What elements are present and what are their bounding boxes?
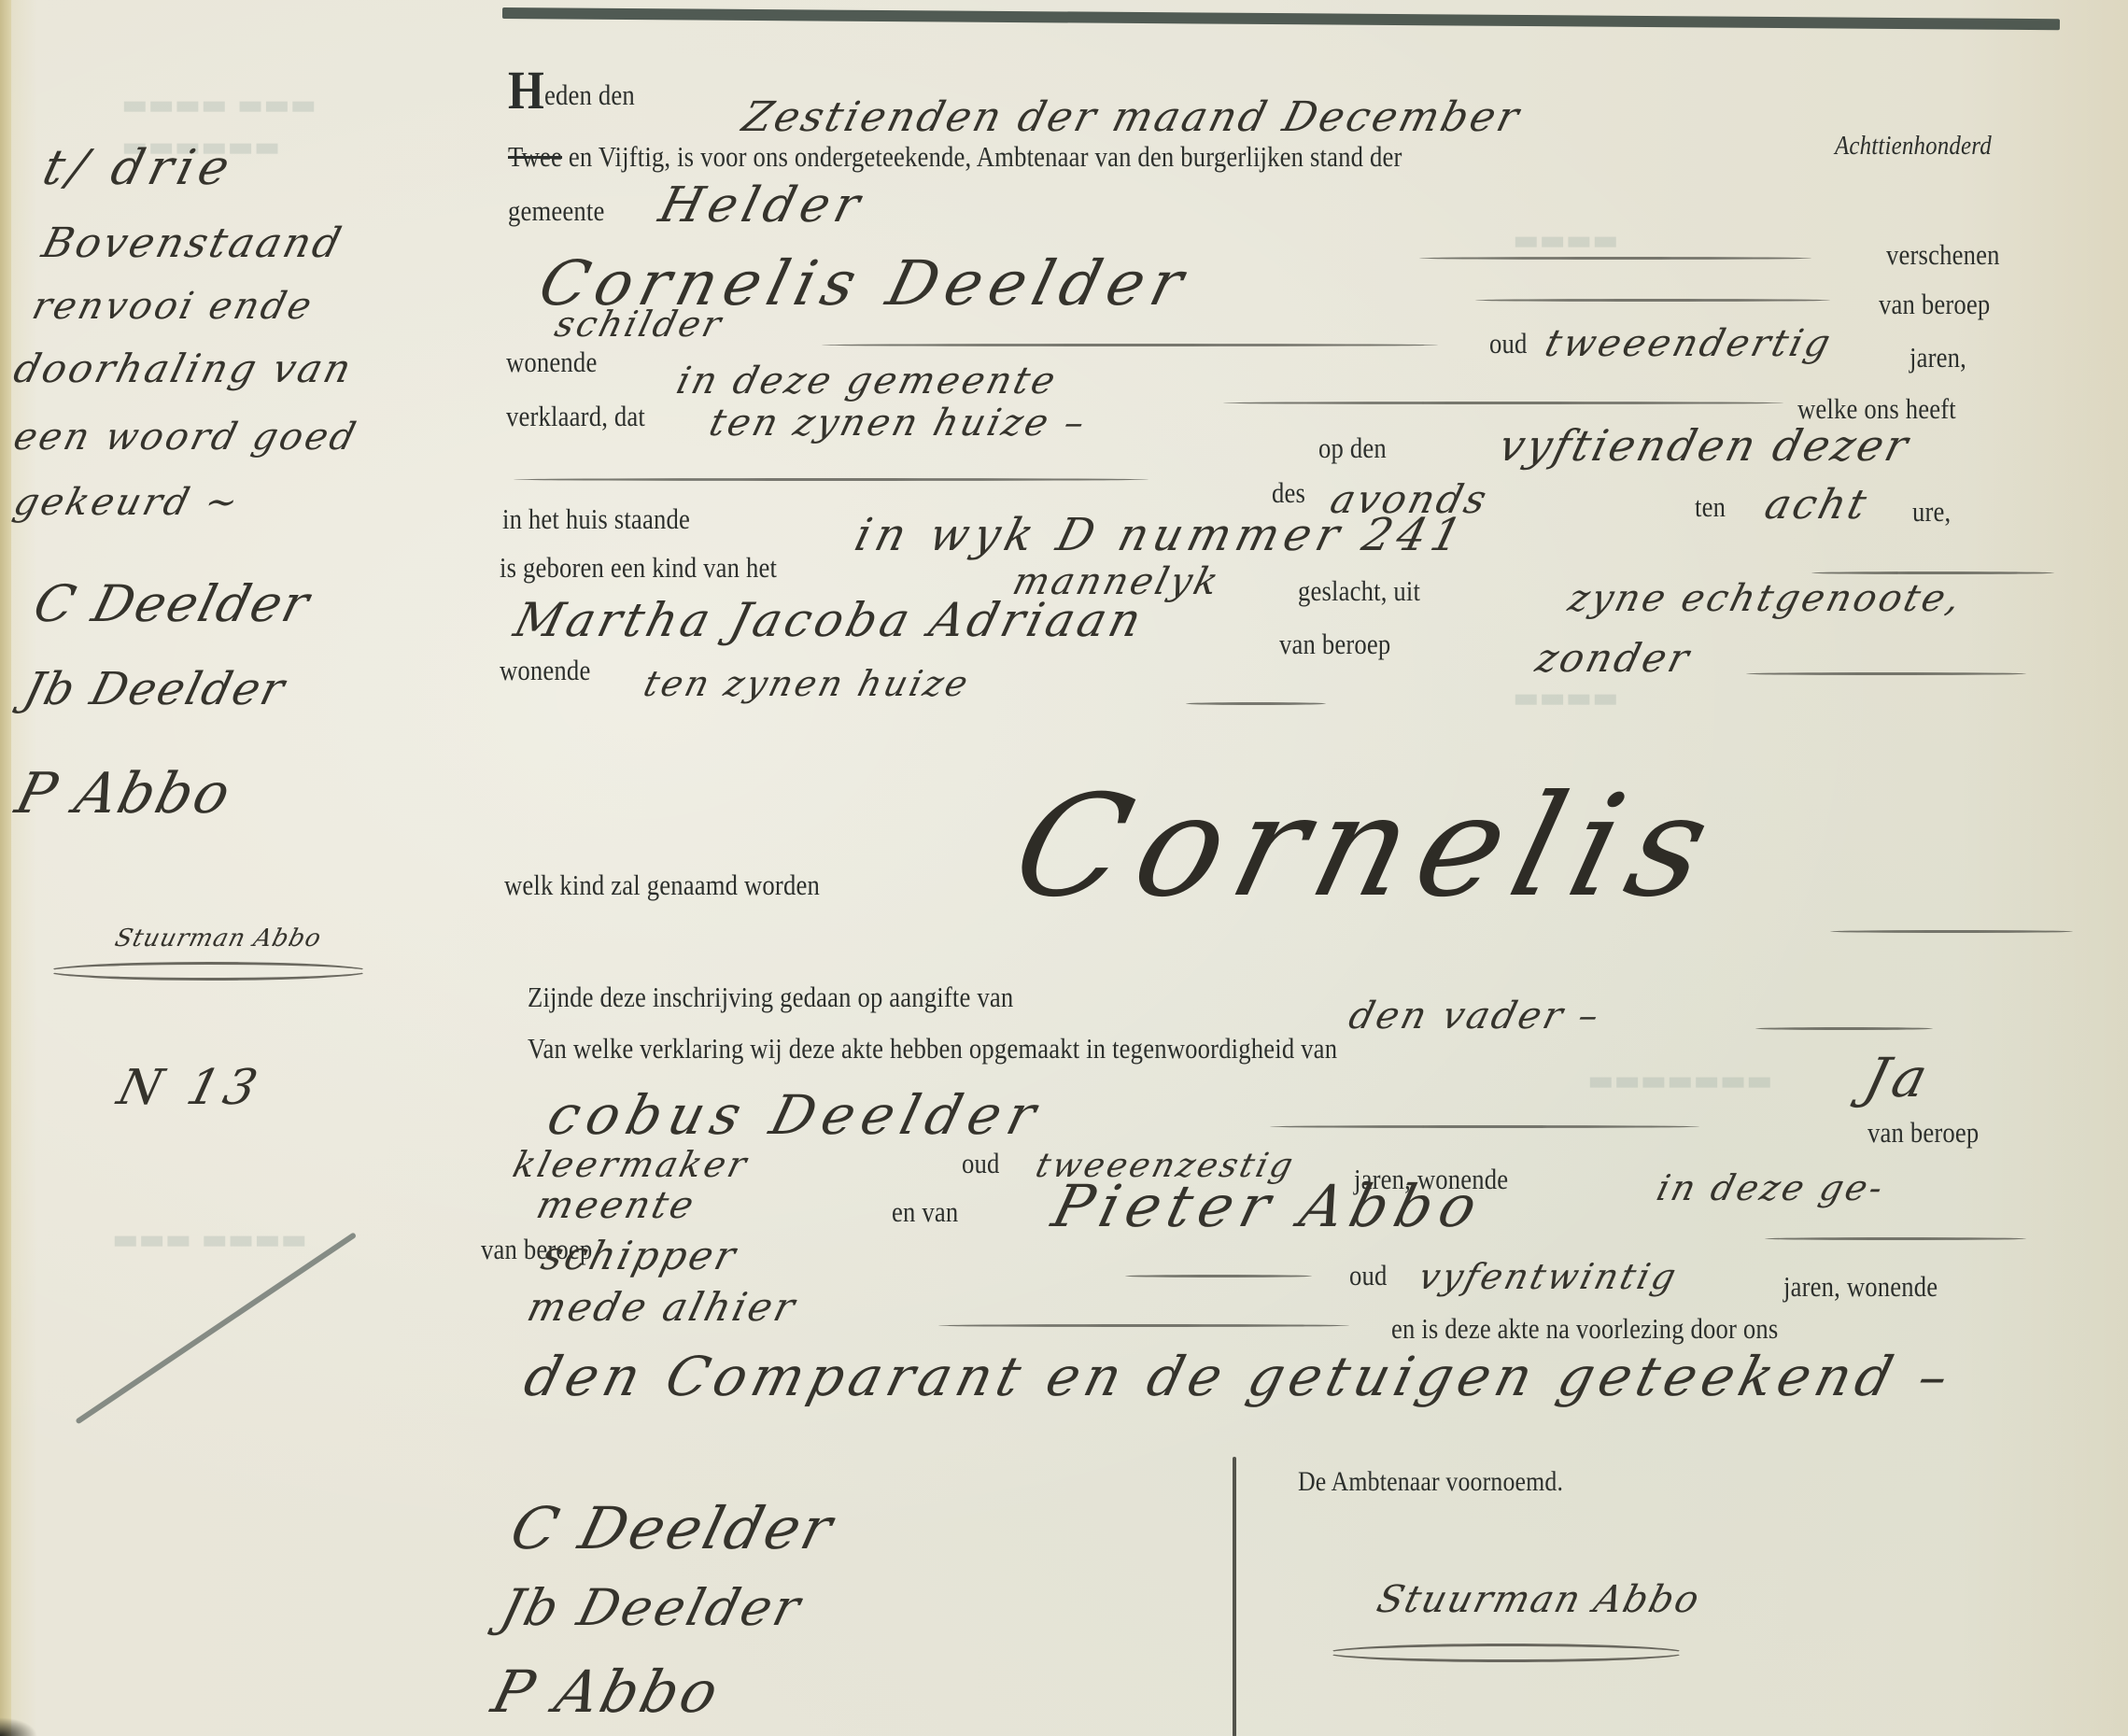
printed-text: van beroep	[1867, 1116, 1979, 1150]
printed-text: Heden den	[508, 64, 635, 118]
printed-text: Zijnde deze inschrijving gedaan op aangi…	[528, 981, 1013, 1014]
handwritten-municipality: Helder	[654, 177, 871, 233]
handwritten-place: ten zynen huize –	[705, 402, 1092, 445]
handwritten-witness2-name: Pieter Abbo	[1046, 1172, 1491, 1240]
handwritten-informant: den vader –	[1345, 995, 1606, 1037]
printed-text: wonende	[500, 654, 590, 687]
signature: C Deelder	[28, 574, 317, 633]
handwritten-witness1-start: Ja	[1858, 1046, 1939, 1109]
handwritten-child-name: Cornelis	[999, 766, 1737, 928]
margin-note-line: renvooi ende	[28, 285, 318, 328]
handwritten-witness1-occupation: kleermaker	[509, 1144, 754, 1185]
drop-cap: H	[508, 60, 544, 120]
printed-text: Van welke verklaring wij deze akte hebbe…	[528, 1032, 1337, 1066]
bleed-through: ▬▬▬ ▬▬▬▬	[121, 89, 317, 121]
fill-line	[1270, 1125, 1699, 1128]
fill-line	[1755, 1027, 1933, 1030]
printed-text: Twee en Vijftig, is voor ons ondergeteek…	[508, 140, 1402, 174]
printed-text: in het huis staande	[502, 502, 690, 536]
bleed-through: ▬▬▬▬	[1513, 224, 1618, 257]
handwritten-date: Zestienden der maand December	[738, 93, 1526, 141]
fill-line	[1475, 299, 1830, 302]
pencil-stroke	[75, 1232, 357, 1424]
fill-line	[1746, 672, 2026, 675]
signature: Jb Deelder	[19, 663, 291, 715]
fill-line	[1830, 930, 2073, 933]
handwritten-mother-name: Martha Jacoba Adriaan	[509, 593, 1150, 647]
printed-text: gemeente	[508, 194, 605, 228]
margin-note-line: Bovenstaand	[37, 219, 348, 267]
handwritten-birth-date: vyftienden dezer	[1494, 420, 1916, 471]
printed-text: en van	[892, 1195, 958, 1229]
witness-signature: C Deelder	[504, 1494, 841, 1562]
printed-text: welk kind zal genaamd worden	[504, 868, 820, 902]
bleed-through: ▬▬▬▬	[1513, 682, 1618, 714]
printed-text: oud	[1489, 327, 1528, 360]
handwritten-witness1-residence: in deze ge-	[1653, 1167, 1890, 1208]
printed-text: des	[1272, 476, 1305, 510]
binding-edge	[0, 0, 11, 1736]
handwritten-mother-occupation: zonder	[1531, 635, 1697, 681]
struck-word: Twee	[508, 140, 562, 173]
signature-brace	[1233, 1457, 1236, 1736]
witness-signature: P Abbo	[486, 1658, 727, 1726]
fill-line	[1125, 1275, 1312, 1277]
handwritten-occupation: schilder	[551, 303, 728, 345]
handwritten-spouse-label: zyne echtgenoote,	[1564, 577, 1967, 620]
printed-text: verschenen	[1886, 238, 2000, 272]
margin-note-line: gekeurd ~	[9, 481, 245, 524]
handwritten-residence-cont: meente	[532, 1184, 700, 1227]
printed-text: is geboren een kind van het	[500, 551, 777, 585]
printed-text: van beroep	[1879, 288, 1990, 321]
act-number: N 13	[112, 1060, 268, 1116]
handwritten-age: tweeendertig	[1541, 322, 1837, 365]
printed-text: op den	[1318, 431, 1387, 465]
fill-line	[1223, 402, 1783, 404]
printed-text: Achttienhonderd	[1835, 131, 1992, 162]
printed-text: jaren,	[1910, 341, 1966, 374]
handwritten-address: in wyk D nummer 241	[850, 509, 1473, 561]
official-signature: Stuurman Abbo	[1373, 1578, 1705, 1621]
printed-text: oud	[962, 1147, 1000, 1180]
handwritten-witness1-name: cobus Deelder	[542, 1083, 1050, 1147]
fill-line	[822, 344, 1438, 346]
bleed-through: ▬▬▬▬▬▬▬	[1587, 1065, 1772, 1097]
printed-text: wonende	[506, 346, 597, 379]
printed-text: van beroep	[1279, 628, 1390, 661]
printed-text: ure,	[1912, 495, 1951, 529]
handwritten-witness2-age: vyfentwintig	[1415, 1256, 1683, 1297]
printed-text: oud	[1349, 1259, 1388, 1292]
official-label: De Ambtenaar voornoemd.	[1298, 1466, 1563, 1498]
handwritten-mother-residence: ten zynen huize	[640, 663, 975, 704]
register-page: ▬▬▬ ▬▬▬▬ ▬▬▬▬▬▬ ▬▬▬▬ ▬▬▬▬ ▬▬▬▬ ▬▬▬ ▬▬▬▬▬…	[0, 0, 2128, 1736]
printed-text: verklaard, dat	[506, 400, 645, 433]
fill-line	[1419, 257, 1811, 260]
fill-line	[1765, 1237, 2026, 1240]
signature: P Abbo	[9, 761, 238, 826]
fill-line	[1186, 702, 1326, 705]
fill-line	[514, 478, 1149, 481]
printed-text: en is deze akte na voorlezing door ons	[1391, 1312, 1778, 1346]
top-rule	[502, 7, 2060, 30]
bleed-through: ▬▬▬▬ ▬▬▬	[112, 1223, 307, 1256]
handwritten-witness2-residence: mede alhier	[523, 1284, 802, 1330]
corner-shadow	[0, 1717, 37, 1736]
fill-line	[1811, 572, 2054, 574]
printed-text: geslacht, uit	[1298, 574, 1420, 608]
handwritten-closing: den Comparant en de getuigen geteekend –	[518, 1345, 1960, 1408]
handwritten-residence: in deze gemeente	[672, 360, 1063, 402]
witness-signature: Jb Deelder	[495, 1578, 809, 1637]
margin-note-line: doorhaling van	[9, 346, 359, 391]
handwritten-witness2-occupation: schipper	[537, 1233, 742, 1278]
handwritten-hour: acht	[1760, 481, 1874, 529]
signature-flourish	[1326, 1644, 1686, 1662]
printed-text: ten	[1695, 490, 1726, 524]
margin-note-line: t/ drie	[37, 140, 240, 196]
fill-line	[938, 1324, 1349, 1327]
signature: Stuurman Abbo	[112, 924, 325, 953]
signature-flourish	[47, 962, 370, 981]
printed-text: jaren, wonende	[1783, 1270, 1938, 1304]
margin-note-line: een woord goed	[9, 416, 362, 459]
